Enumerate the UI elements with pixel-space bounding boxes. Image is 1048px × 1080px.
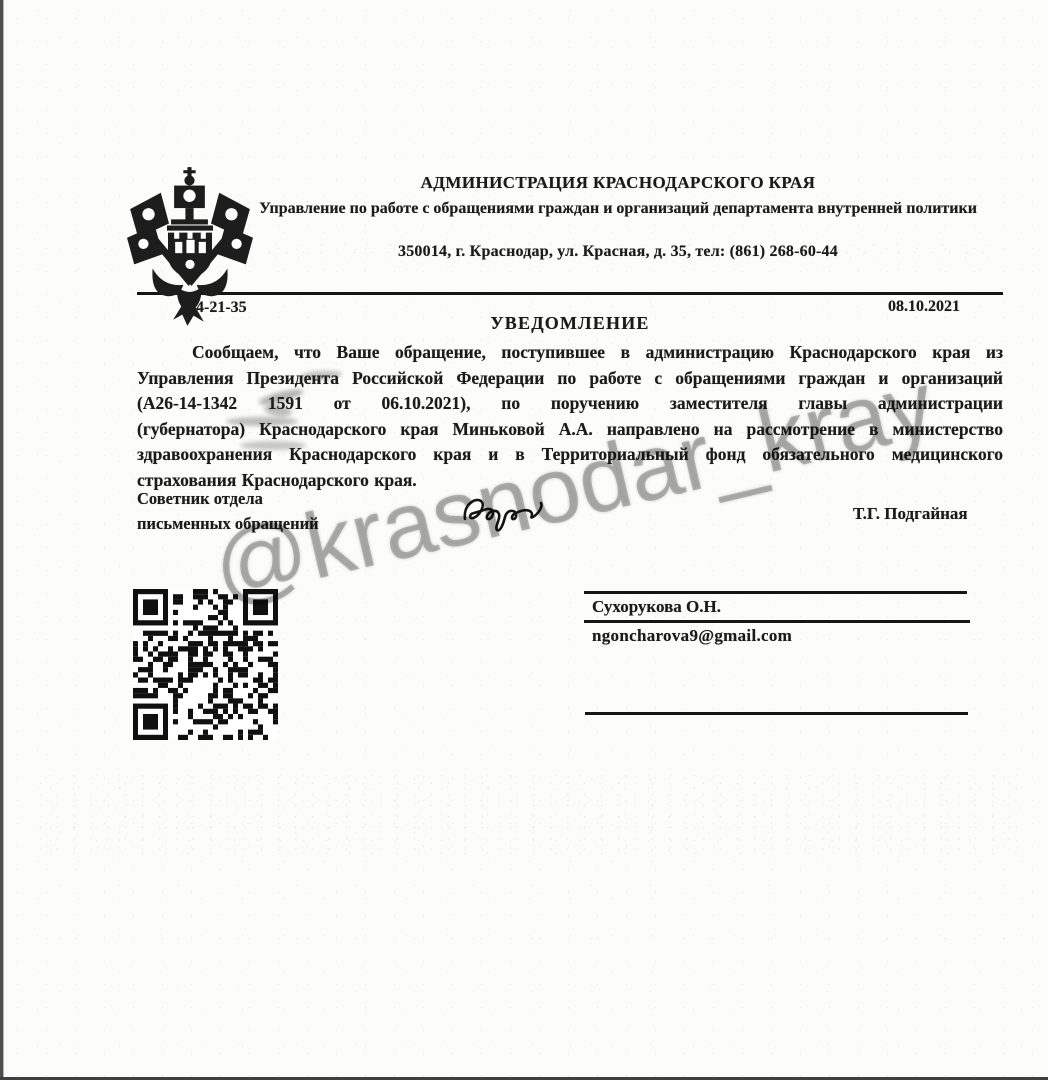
signer-position-line: письменных обращений [137,512,319,537]
signer-name: Т.Г. Подгайная [853,504,968,524]
signer-position-line: Советник отдела [137,487,319,512]
recipient-name: Сухорукова О.Н. [592,597,721,617]
body-line: Сообщаем, что Ваше обращение, поступивше… [137,340,1003,366]
signer-position: Советник отдела письменных обращений [137,487,319,536]
department-name: Управление по работе с обращениями гражд… [232,198,1004,220]
document-title: УВЕДОМЛЕНИЕ [137,313,1003,334]
letterhead-rule [137,292,1003,295]
organization-name: АДМИНИСТРАЦИЯ КРАСНОДАРСКОГО КРАЯ [232,173,1004,193]
qr-code [133,589,278,740]
recipient-rule [584,620,970,623]
scan-noise-band [30,775,1020,855]
letterhead: АДМИНИСТРАЦИЯ КРАСНОДАРСКОГО КРАЯ Управл… [232,173,1004,261]
scan-smudge [240,441,306,450]
address-line: 350014, г. Краснодар, ул. Красная, д. 35… [232,243,1004,261]
recipient-email: ngoncharova9@gmail.com [592,626,792,646]
scanned-letter-page: АДМИНИСТРАЦИЯ КРАСНОДАРСКОГО КРАЯ Управл… [0,0,1048,1080]
recipient-rule [585,712,968,715]
krasnodar-krai-coat-of-arms-icon [126,166,254,328]
body-line: Управления Президента Российской Федерац… [137,366,1003,392]
scan-smudge [226,417,298,426]
handwritten-signature [455,487,550,537]
scan-edge-left [0,0,4,1080]
recipient-rule [584,591,967,594]
